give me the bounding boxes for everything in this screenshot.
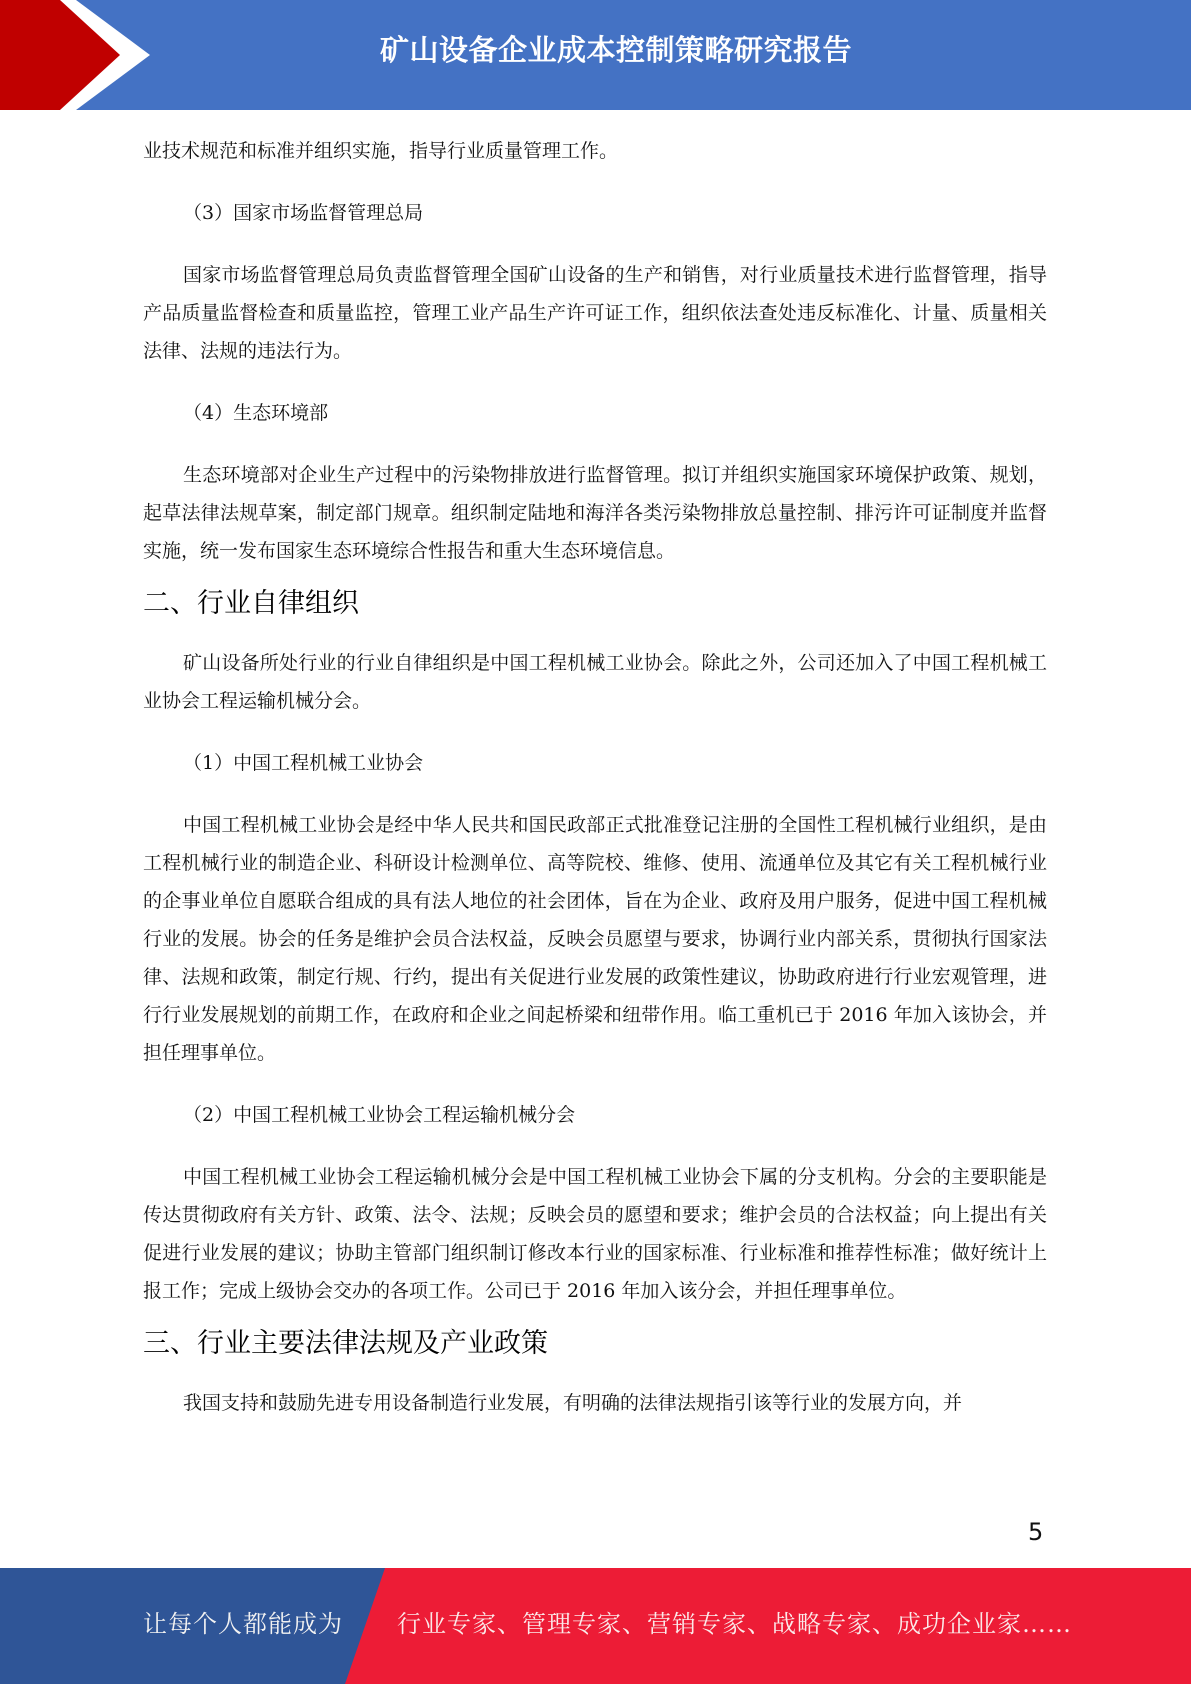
section-2-sub1-title: （1）中国工程机械工业协会 — [143, 744, 1047, 782]
footer-slogan-right: 行业专家、管理专家、营销专家、战略专家、成功企业家…… — [397, 1606, 1072, 1642]
section-2-sub1-paragraph: 中国工程机械工业协会是经中华人民共和国民政部正式批准登记注册的全国性工程机械行业… — [143, 806, 1047, 1072]
subsection-3-title: （3）国家市场监督管理总局 — [143, 194, 1047, 232]
page-header: 矿山设备企业成本控制策略研究报告 — [0, 0, 1191, 110]
subsection-4-paragraph: 生态环境部对企业生产过程中的污染物排放进行监督管理。拟订并组织实施国家环境保护政… — [143, 456, 1047, 570]
subsection-3-paragraph: 国家市场监督管理总局负责监督管理全国矿山设备的生产和销售，对行业质量技术进行监督… — [143, 256, 1047, 370]
footer-slogan-left: 让每个人都能成为 — [143, 1606, 343, 1642]
section-2-intro: 矿山设备所处行业的行业自律组织是中国工程机械工业协会。除此之外，公司还加入了中国… — [143, 644, 1047, 720]
section-2-heading: 二、行业自律组织 — [143, 584, 1047, 624]
page-number: 5 — [1028, 1518, 1043, 1546]
red-chevron-icon — [0, 0, 200, 110]
document-body: 业技术规范和标准并组织实施，指导行业质量管理工作。 （3）国家市场监督管理总局 … — [143, 132, 1047, 1422]
report-title: 矿山设备企业成本控制策略研究报告 — [356, 30, 876, 70]
section-2-sub2-title: （2）中国工程机械工业协会工程运输机械分会 — [143, 1096, 1047, 1134]
page-footer: 让每个人都能成为 行业专家、管理专家、营销专家、战略专家、成功企业家…… — [0, 1568, 1191, 1684]
paragraph-continuation: 业技术规范和标准并组织实施，指导行业质量管理工作。 — [143, 132, 1047, 170]
subsection-4-title: （4）生态环境部 — [143, 394, 1047, 432]
section-3-intro: 我国支持和鼓励先进专用设备制造行业发展，有明确的法律法规指引该等行业的发展方向，… — [143, 1384, 1047, 1422]
section-2-sub2-paragraph: 中国工程机械工业协会工程运输机械分会是中国工程机械工业协会下属的分支机构。分会的… — [143, 1158, 1047, 1310]
section-3-heading: 三、行业主要法律法规及产业政策 — [143, 1324, 1047, 1364]
